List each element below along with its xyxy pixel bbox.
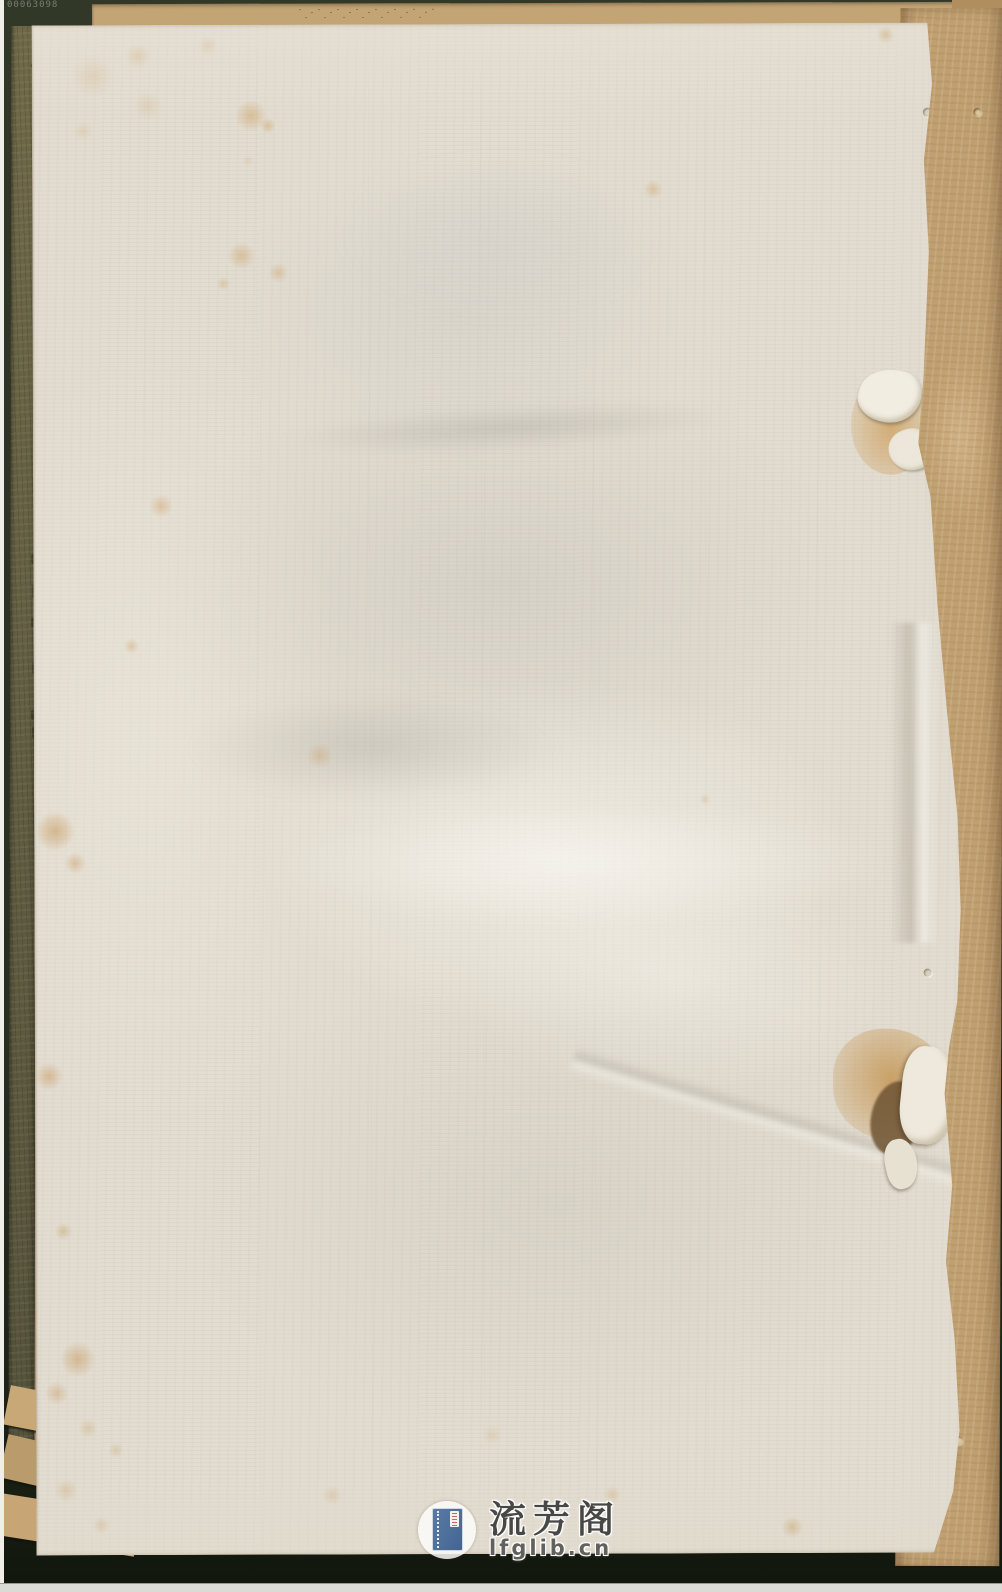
spine-binding-hole <box>973 108 981 116</box>
binding-hole <box>924 969 932 977</box>
watermark-site-url: lfglib.cn <box>489 1536 621 1560</box>
book-title-label-icon <box>450 1511 459 1527</box>
watermark-circle <box>418 1501 476 1559</box>
scan-corner-id: 00063098 <box>7 0 58 10</box>
left-scan-edge <box>0 0 4 1592</box>
book-stitching-icon <box>437 1511 439 1548</box>
book-page <box>32 23 967 1556</box>
bottom-scan-edge <box>0 1583 1002 1592</box>
watermark-site-name: 流芳阁 <box>489 1500 621 1539</box>
watermark: 流芳阁 lfglib.cn <box>418 1500 621 1560</box>
watermark-text: 流芳阁 lfglib.cn <box>489 1500 621 1560</box>
paper-stains <box>32 23 967 1556</box>
cover-speckles <box>297 5 437 25</box>
scanned-book-page: 00063098 <box>0 0 1002 1592</box>
stitched-book-icon <box>432 1508 463 1551</box>
